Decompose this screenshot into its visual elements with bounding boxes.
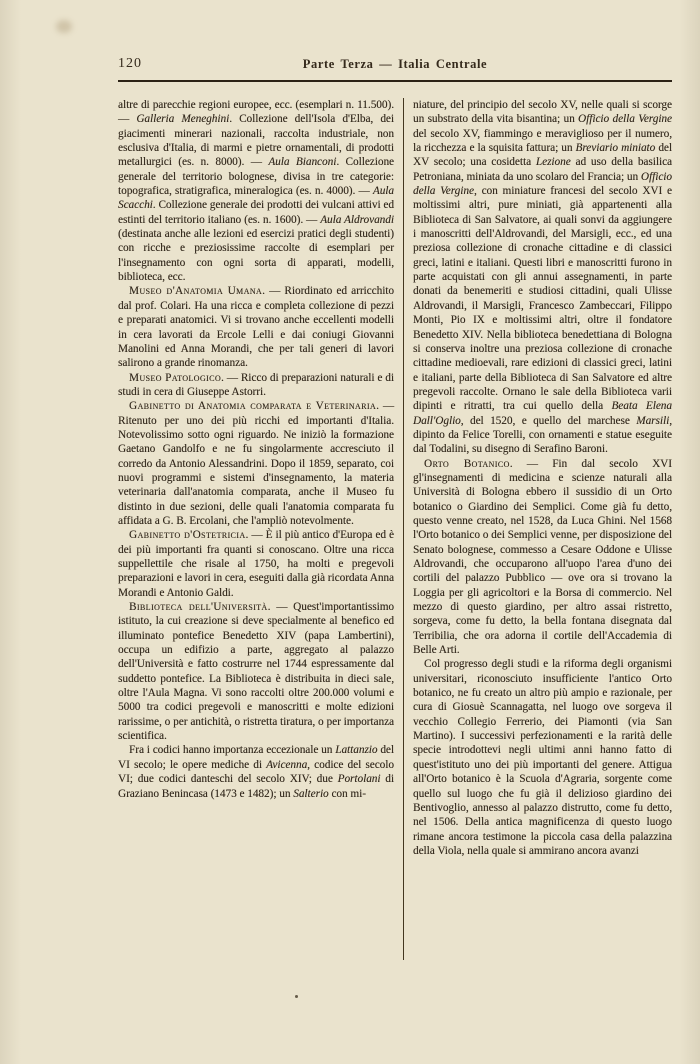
running-header-title: Parte Terza — Italia Centrale	[118, 57, 672, 72]
text-run: . — Ritenuto per uno dei più ricchi ed i…	[118, 400, 394, 527]
text-run: . — Riordinato ed arricchito dal prof. C…	[118, 285, 394, 369]
italic-term: Lezione	[536, 156, 571, 168]
text-run: con mi-	[329, 788, 366, 800]
italic-term: Aula Bianconi	[268, 156, 336, 168]
text-block: altre di parecchie regioni europee, ecc.…	[118, 98, 672, 960]
text-column-right: niature, del principio del secolo XV, ne…	[413, 98, 672, 858]
section-heading: Museo Patologico	[129, 372, 221, 384]
text-run: (destinata anche alle lezioni ed eserciz…	[118, 228, 394, 283]
italic-term: Lattanzio	[335, 744, 377, 756]
paragraph: Gabinetto d'Ostetricia. — È il più antic…	[118, 528, 394, 600]
paragraph: Orto Botanico. — Fin dal secolo XVI gl'i…	[413, 457, 672, 658]
header-rule	[118, 80, 672, 82]
section-heading: Museo d'Anatomia Umana	[129, 285, 262, 297]
paragraph: Col progresso degli studi e la riforma d…	[413, 657, 672, 858]
italic-term: Avicenna	[266, 759, 307, 771]
paragraph: niature, del principio del secolo XV, ne…	[413, 98, 672, 457]
paragraph: altre di parecchie regioni europee, ecc.…	[118, 98, 394, 284]
italic-term: Breviario miniato	[576, 142, 656, 154]
running-head: 120 Parte Terza — Italia Centrale	[118, 54, 672, 74]
italic-term: Galleria Meneghini	[136, 113, 229, 125]
paragraph: Biblioteca dell'Università. — Quest'impo…	[118, 600, 394, 743]
section-heading: Gabinetto di Anatomia comparata e Veteri…	[129, 400, 376, 412]
column-divider	[403, 98, 404, 960]
text-column-left: altre di parecchie regioni europee, ecc.…	[118, 98, 394, 801]
section-heading: Gabinetto d'Ostetricia	[129, 529, 246, 541]
paper-smudge	[56, 20, 72, 33]
text-run: Col progresso degli studi e la riforma d…	[413, 658, 672, 856]
paragraph: Gabinetto di Anatomia comparata e Veteri…	[118, 399, 394, 528]
section-heading: Orto Botanico	[424, 458, 510, 470]
text-run: Fra i codici hanno importanza eccezional…	[129, 744, 335, 756]
text-run: . — Fin dal secolo XVI gl'insegnamenti d…	[413, 458, 672, 656]
text-run: , con miniature francesi del secolo XVI …	[413, 185, 672, 412]
paragraph: Museo Patologico. — Ricco di preparazion…	[118, 371, 394, 400]
italic-term: Aula Aldrovandi	[320, 214, 394, 226]
italic-term: Salterio	[293, 788, 328, 800]
section-heading: Biblioteca dell'Università	[129, 601, 268, 613]
paragraph: Museo d'Anatomia Umana. — Riordinato ed …	[118, 284, 394, 370]
ink-speck	[295, 995, 298, 998]
italic-term: Portolani	[338, 773, 381, 785]
italic-term: Officio della Vergine	[578, 113, 672, 125]
text-run: , del 1520, e quello del marchese	[461, 415, 636, 427]
italic-term: Marsili	[636, 415, 669, 427]
text-run: . — Quest'importantissimo istituto, la c…	[118, 601, 394, 742]
book-page: 120 Parte Terza — Italia Centrale altre …	[0, 0, 700, 1064]
paragraph: Fra i codici hanno importanza eccezional…	[118, 743, 394, 800]
